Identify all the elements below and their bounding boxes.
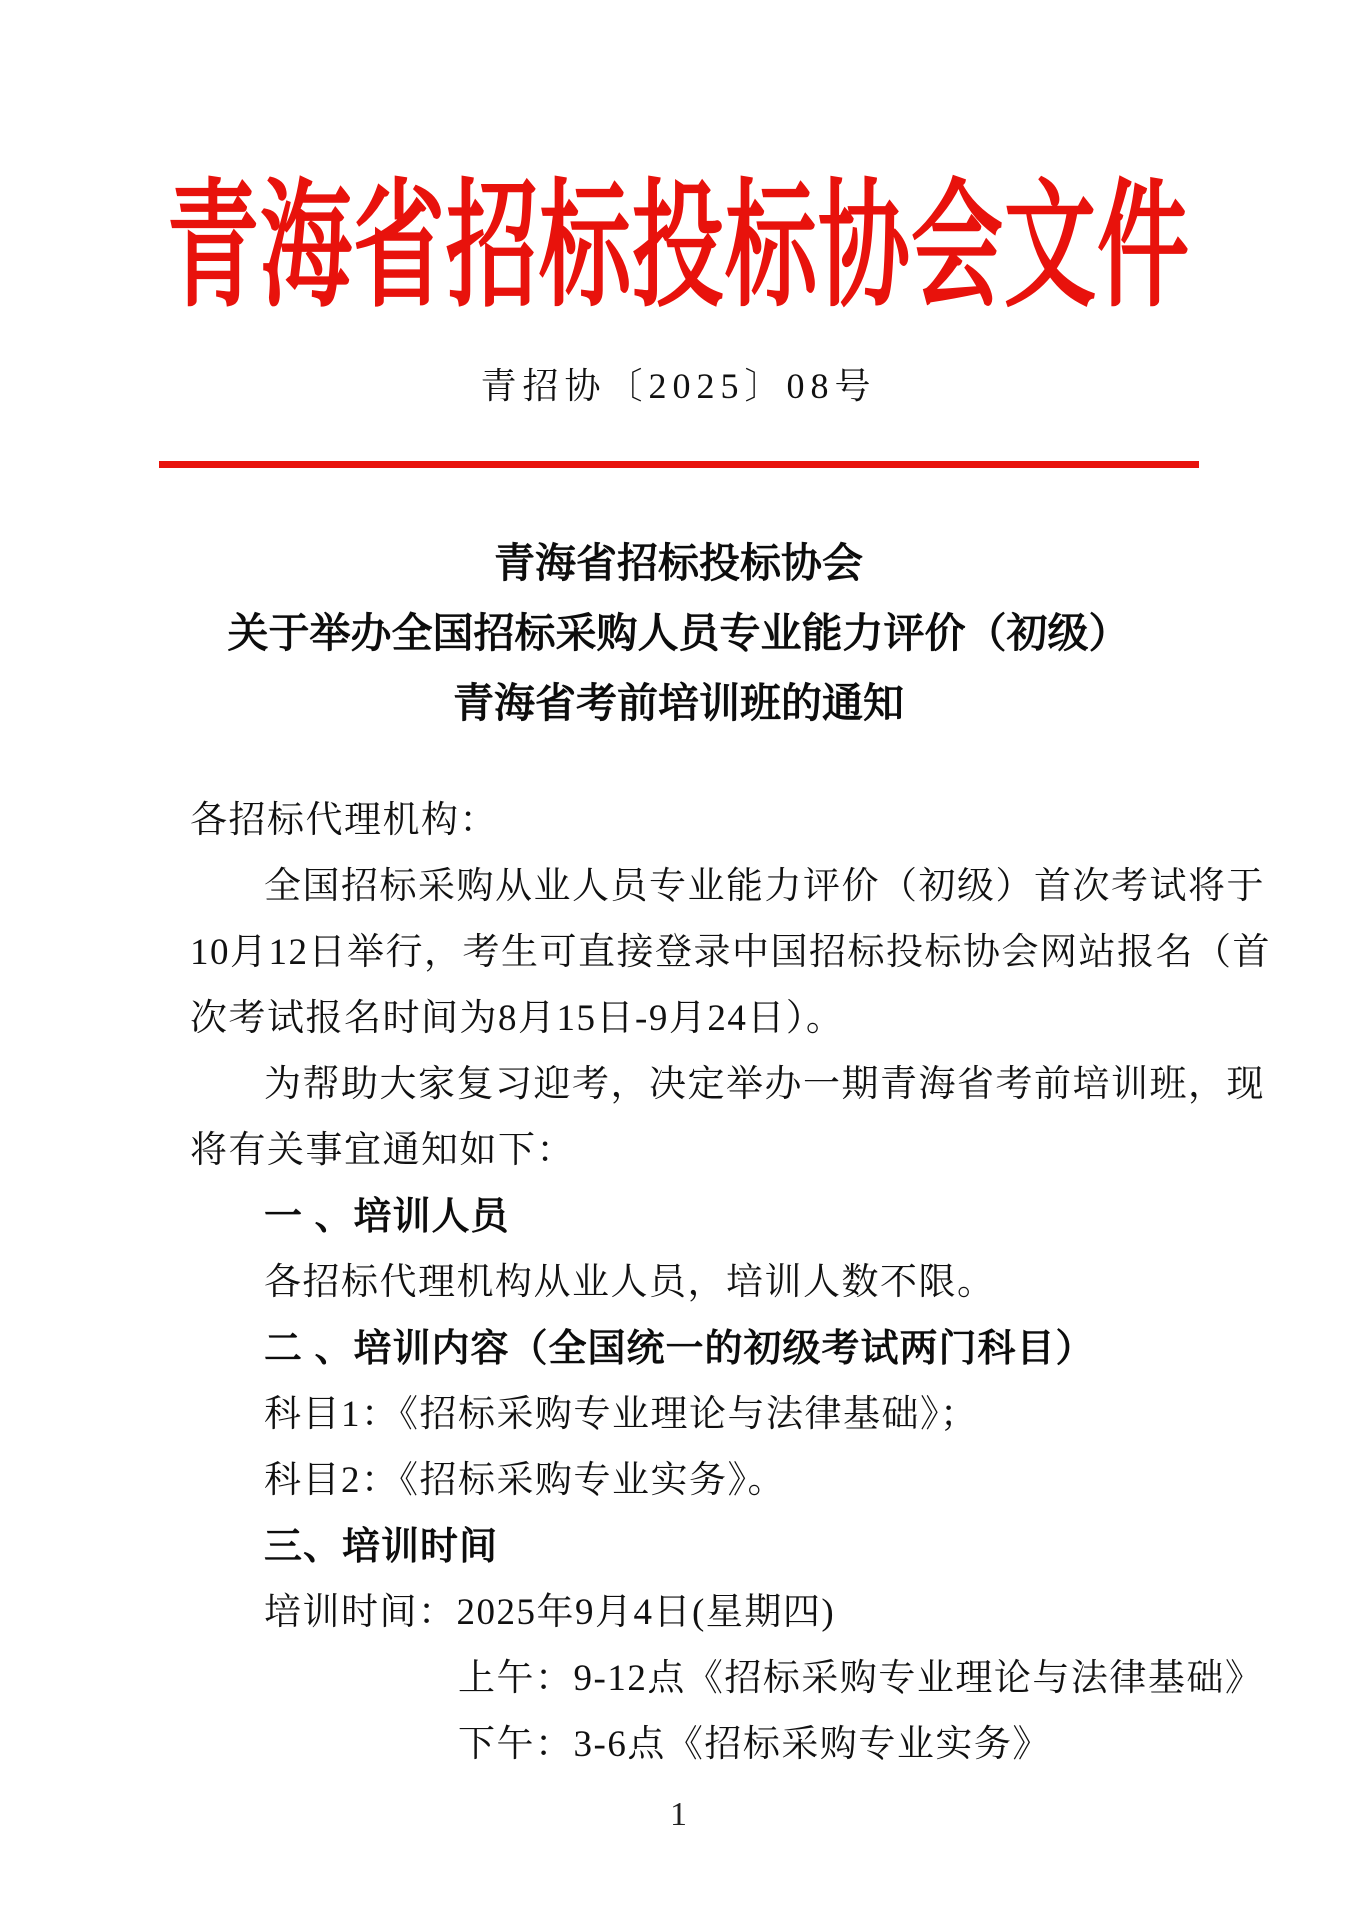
notice-title-line-3: 青海省考前培训班的通知 [0,668,1357,738]
paragraph-line: 科目2：《招标采购专业实务》。 [190,1448,1217,1514]
paragraph-line: 各招标代理机构从业人员，培训人数不限。 [190,1250,1217,1316]
salutation-line: 各招标代理机构： [190,788,1217,854]
notice-title: 青海省招标投标协会 关于举办全国招标采购人员专业能力评价（初级） 青海省考前培训… [0,528,1357,738]
paragraph-line: 全国招标采购从业人员专业能力评价（初级）首次考试将于 [190,854,1217,920]
paragraph-line: 科目1：《招标采购专业理论与法律基础》； [190,1382,1217,1448]
section-heading-3: 三、培训时间 [190,1514,1217,1580]
document-body: 各招标代理机构： 全国招标采购从业人员专业能力评价（初级）首次考试将于 10月1… [0,788,1357,1778]
paragraph-line: 10月12日举行，考生可直接登录中国招标投标协会网站报名（首 [190,920,1217,986]
paragraph-line: 为帮助大家复习迎考，决定举办一期青海省考前培训班，现 [190,1052,1217,1118]
paragraph-line: 上午：9-12点《招标采购专业理论与法律基础》 [190,1646,1217,1712]
notice-title-line-2: 关于举办全国招标采购人员专业能力评价（初级） [0,598,1357,668]
section-heading-1: 一 、培训人员 [190,1184,1217,1250]
red-divider-line [159,461,1199,468]
red-header-title: 青海省招标投标协会文件 [0,93,1357,378]
document-page: 青海省招标投标协会文件 青招协〔2025〕08号 青海省招标投标协会 关于举办全… [0,0,1357,1920]
paragraph-line: 下午：3-6点《招标采购专业实务》 [190,1712,1217,1778]
paragraph-line: 次考试报名时间为8月15日-9月24日）。 [190,986,1217,1052]
paragraph-line: 将有关事宜通知如下： [190,1118,1217,1184]
notice-title-line-1: 青海省招标投标协会 [0,528,1357,598]
paragraph-line: 培训时间：2025年9月4日(星期四) [190,1580,1217,1646]
section-heading-2: 二 、培训内容（全国统一的初级考试两门科目） [190,1316,1217,1382]
page-number: 1 [0,1796,1357,1834]
